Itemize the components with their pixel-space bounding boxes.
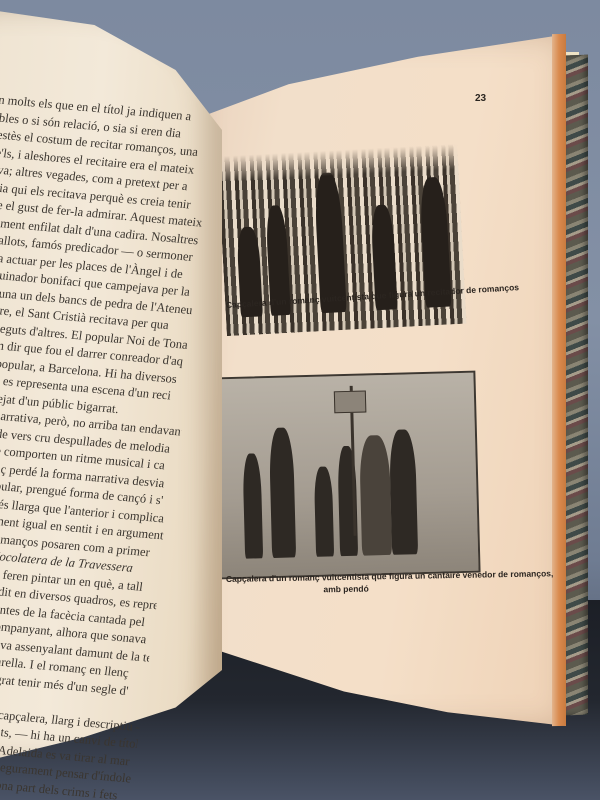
book-photo: 23 Capçalera d'un romanç vuitcentista qu… (0, 0, 600, 800)
engraving-violinist-singers (213, 371, 480, 580)
figure-violinist (269, 427, 296, 558)
marbled-cover-edge (566, 55, 588, 716)
figure-boy (314, 466, 334, 556)
figure-woman (359, 435, 392, 556)
banner (334, 390, 367, 413)
page-number: 23 (475, 93, 486, 104)
page-edge-gilt (552, 34, 566, 726)
figure (389, 429, 418, 555)
figure (242, 453, 263, 558)
